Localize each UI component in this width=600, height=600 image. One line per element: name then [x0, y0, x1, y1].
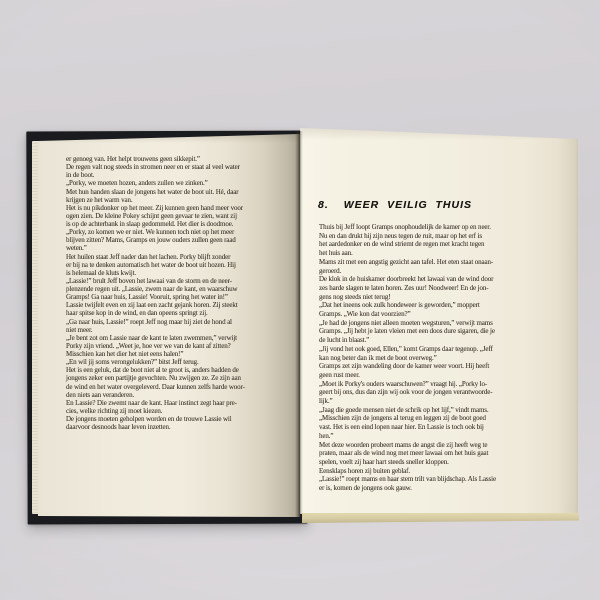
text-line: De regen valt nog steeds in stromen neer…	[66, 163, 297, 171]
text-line: „Lassie!” roept mams en haar stem trilt …	[319, 475, 552, 484]
text-line: Eensklaps horen zij buiten geblaf.	[319, 467, 552, 476]
text-line: Thuis bij Jeff loopt Gramps onophoudelij…	[319, 223, 552, 232]
right-page-text: Thuis bij Jeff loopt Gramps onophoudelij…	[319, 223, 552, 493]
text-line: Gramps. „Jij hebt je laten vleien met ee…	[319, 327, 552, 336]
text-line: weten.”	[66, 244, 297, 252]
text-line: spelen, voelt zij haar hart steeds snell…	[319, 458, 552, 467]
chapter-number: 8.	[318, 199, 329, 211]
text-line: „Porky, zo komen we er niet. We kunnen t…	[66, 228, 297, 236]
text-line: cies, welke richting zij moet kiezen.	[66, 407, 297, 415]
text-line: En Lassie? Die zwemt naar de kant. Haar …	[66, 399, 297, 407]
text-line: blijven zitten? Mams, Gramps en jouw oud…	[66, 236, 297, 244]
text-line: Mams zit met een angstig gezicht aan taf…	[319, 258, 552, 267]
text-line: gens nog steeds niet terug!	[319, 293, 552, 302]
text-line: „Porky, we moeten hozen, anders zullen w…	[66, 179, 297, 187]
text-line: niet meer.	[66, 326, 297, 334]
text-line: in de boot.	[66, 171, 297, 179]
text-line: Met deze woorden probeert mams de angst …	[319, 441, 552, 450]
text-line: Lassie twijfelt even en zij laat een zac…	[66, 301, 297, 309]
text-line: „Misschien zijn de jongens al terug en l…	[319, 414, 552, 423]
text-line: den niets aan veranderen.	[66, 391, 297, 399]
text-line: praten, maar als de wind nog met meer la…	[319, 449, 552, 458]
text-line: De jongens moeten geholpen worden en de …	[66, 415, 297, 423]
text-line: er is, komen de jongens ook gauw.	[319, 484, 552, 493]
text-line: „Je had de jongens niet alleen moeten we…	[319, 319, 552, 328]
text-line: is helemaal de kluts kwijt.	[66, 269, 297, 277]
text-line: Porky zijn vriend. „Weet je, hoe ver we …	[66, 342, 297, 350]
text-line: het aardedonker en de wind striemt de re…	[319, 240, 552, 249]
text-line: De klok in de huiskamer doorbreekt het l…	[319, 275, 552, 284]
text-line: vast. Het is een eind lopen naar hier. E…	[319, 423, 552, 432]
text-line: jongens zeker een partijtje gevochten. N…	[66, 374, 297, 382]
text-line: Met hun handen slaan de jongens het wate…	[66, 188, 297, 196]
text-line: „Je bent zot om Lassie naar de kant te l…	[66, 334, 297, 342]
text-line: „Moet ik Porky's ouders waarschuwen?” vr…	[319, 380, 552, 389]
text-line: de lucht in blaast.”	[319, 336, 552, 345]
text-line: Het is een geluk, dat de boot niet al te…	[66, 366, 297, 374]
chapter-heading: 8.WEER VEILIG THUIS	[318, 199, 472, 211]
text-line: krijgen ze het warm van.	[66, 196, 297, 204]
text-line: Gramps zet zijn wandeling door de kamer …	[319, 362, 552, 371]
text-line: geroerd.	[319, 267, 552, 276]
text-line: Gramps. „Wie kon dat voorzien?”	[319, 310, 552, 319]
text-line: hen.”	[319, 432, 552, 441]
text-line: geert bij ons, dus dan zijn wij ook voor…	[319, 388, 552, 397]
text-line: Gramps! Ga naar huis, Lassie! Vooruit, s…	[66, 293, 297, 301]
text-line: Het is nu pikdonker op het meer. Zij kun…	[66, 204, 297, 212]
text-line: ogen zien. De kleine Pokey schijnt geen …	[66, 212, 297, 220]
text-line: is op de achterbank in slaap gedommeld. …	[66, 220, 297, 228]
text-line: lijk.”	[319, 397, 552, 406]
text-line: er bij na te denken automatisch het wate…	[66, 261, 297, 269]
text-line: Misschien kan het dier het niet eens hal…	[66, 350, 297, 358]
text-line: daarvoor desnoods haar leven inzetten.	[66, 423, 297, 431]
left-page-text: er genoeg van. Het helpt trouwens geen s…	[66, 155, 297, 431]
text-line: Het huilen staat Jeff nader dan het lach…	[66, 253, 297, 261]
text-line: „Ga naar huis, Lassie!” roept Jeff nog m…	[66, 318, 297, 326]
text-line: „Jaag die goede mensen niet de schrik op…	[319, 406, 552, 415]
text-line: plenzende regen uit. „Lassie, zwem naar …	[66, 285, 297, 293]
text-line: „Lassie!” brult Jeff boven het lawaai va…	[66, 277, 297, 285]
text-line: Nu en dan drukt hij zijn neus tegen de r…	[319, 232, 552, 241]
chapter-title: WEER VEILIG THUIS	[344, 199, 472, 211]
text-line: geen rust meer.	[319, 371, 552, 380]
text-line: „Dat het ineens ook zulk hondeweer is ge…	[319, 301, 552, 310]
text-line: kan nog beter dan ik met de boot overweg…	[319, 354, 552, 363]
text-line: het huis aan.	[319, 249, 552, 258]
text-line: er genoeg van. Het helpt trouwens geen s…	[66, 155, 297, 163]
text-line: haar spitse kop in de wind, en dan opeen…	[66, 309, 297, 317]
text-line: zes harde slagen te laten horen. Zes uur…	[319, 284, 552, 293]
text-line: „Jij vond het ook goed, Ellen,” komt Gra…	[319, 345, 552, 354]
text-line: „En wil jij soms verongelukken?” bitst J…	[66, 358, 297, 366]
text-line: de wind en het water overgeleverd. Daar …	[66, 383, 297, 391]
